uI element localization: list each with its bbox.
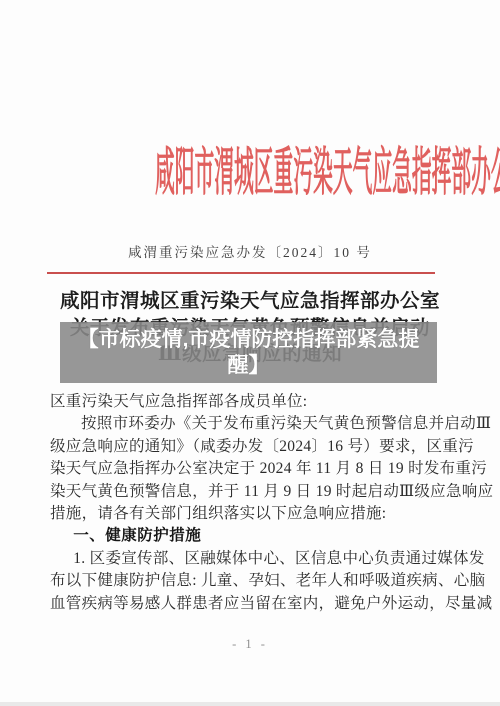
body-line: 措施，请各有关部门组织落实以下应急响应措施: bbox=[50, 503, 460, 525]
section-heading: 一、健康防护措施 bbox=[50, 525, 460, 547]
caption-overlay-bar: 【市标疫情,市疫情防控指挥部紧急提 醒】 bbox=[60, 322, 437, 383]
body-line: 1. 区委宣传部、区融媒体中心、区信息中心负责通过媒体发 bbox=[50, 548, 460, 570]
body-line: 按照市环委办《关于发布重污染天气黄色预警信息并启动Ⅲ bbox=[50, 413, 460, 435]
body-line: 级应急响应的通知》（咸委办发〔2024〕16 号）要求，区重污 bbox=[50, 436, 460, 458]
document-body: 区重污染天气应急指挥部各成员单位: 按照市环委办《关于发布重污染天气黄色预警信息… bbox=[50, 391, 460, 615]
page-number: - 1 - bbox=[0, 637, 500, 652]
caption-overlay-text: 【市标疫情,市疫情防控指挥部紧急提 醒】 bbox=[78, 327, 420, 379]
body-line: 布以下健康防护信息: 儿童、孕妇、老年人和呼吸道疾病、心脑 bbox=[50, 570, 460, 592]
scan-bottom-edge bbox=[0, 702, 500, 706]
body-line: 染天气黄色预警信息，并于 11 月 9 日 19 时起启动Ⅲ级应急响应 bbox=[50, 481, 460, 503]
body-line: 血管疾病等易感人群患者应当留在室内，避免户外运动，尽量减 bbox=[50, 593, 460, 615]
body-line: 染天气应急指挥办公室决定于 2024 年 11 月 8 日 19 时发布重污 bbox=[50, 458, 460, 480]
body-line: 区重污染天气应急指挥部各成员单位: bbox=[50, 391, 460, 413]
caption-line-1: 【市标疫情,市疫情防控指挥部紧急提 bbox=[78, 328, 420, 351]
document-number: 咸渭重污染应急办发〔2024〕10 号 bbox=[0, 241, 500, 261]
heading-line-1: 咸阳市渭城区重污染天气应急指挥部办公室 bbox=[0, 289, 500, 316]
letterhead-title: 咸阳市渭城区重污染天气应急指挥部办公室文件 bbox=[155, 145, 345, 203]
scanned-document-page: 咸阳市渭城区重污染天气应急指挥部办公室文件 咸渭重污染应急办发〔2024〕10 … bbox=[0, 0, 500, 706]
letterhead-divider-line bbox=[47, 272, 435, 274]
caption-line-2: 醒】 bbox=[228, 354, 270, 377]
